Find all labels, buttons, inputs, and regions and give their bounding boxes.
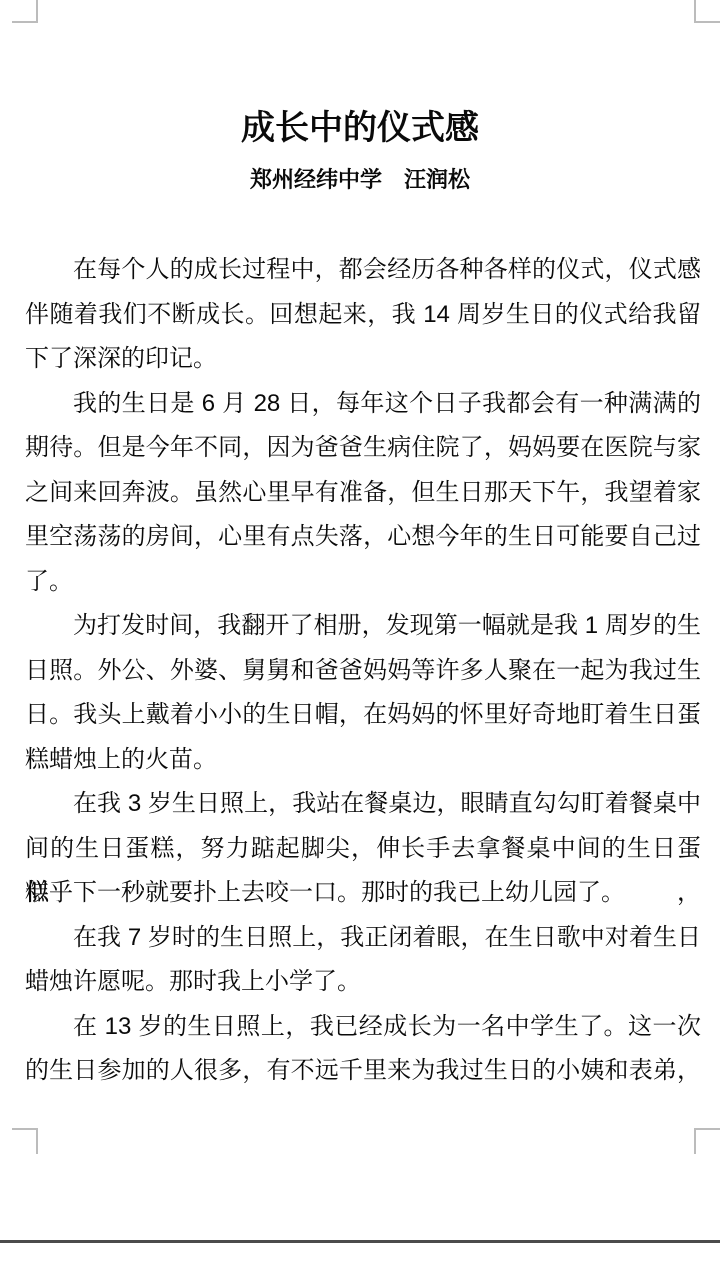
text-line: 为打发时间，我翻开了相册，发现第一幅就是我 1 周岁的生 <box>25 604 701 649</box>
margin-crop-mark-bottom-right <box>694 1128 720 1154</box>
text-line: 在每个人的成长过程中，都会经历各种各样的仪式，仪式感 <box>25 248 701 293</box>
margin-crop-mark-top-right <box>694 0 720 23</box>
paragraph: 在我 7 岁时的生日照上，我正闭着眼，在生日歌中对着生日蜡烛许愿呢。那时我上小学… <box>25 916 701 1005</box>
paragraph: 我的生日是 6 月 28 日，每年这个日子我都会有一种满满的期待。但是今年不同，… <box>25 382 701 605</box>
text-line: 下了深深的印记。 <box>25 337 701 382</box>
text-line: 在 13 岁的生日照上，我已经成长为一名中学生了。这一次 <box>25 1005 701 1050</box>
text-line: 了。 <box>25 560 701 605</box>
text-line: 日。我头上戴着小小的生日帽，在妈妈的怀里好奇地盯着生日蛋 <box>25 693 701 738</box>
document-byline: 郑州经纬中学 汪润松 <box>0 164 720 196</box>
text-line: 里空荡荡的房间，心里有点失落，心想今年的生日可能要自己过 <box>25 515 701 560</box>
document-page: 成长中的仪式感 郑州经纬中学 汪润松 在每个人的成长过程中，都会经历各种各样的仪… <box>0 0 720 1280</box>
paragraph: 在 13 岁的生日照上，我已经成长为一名中学生了。这一次的生日参加的人很多，有不… <box>25 1005 701 1094</box>
text-line: 伴随着我们不断成长。回想起来，我 14 周岁生日的仪式给我留 <box>25 293 701 338</box>
text-line: 之间来回奔波。虽然心里早有准备，但生日那天下午，我望着家 <box>25 471 701 516</box>
text-line: 间的生日蛋糕，努力踮起脚尖，伸长手去拿餐桌中间的生日蛋糕， <box>25 827 701 872</box>
text-line: 我的生日是 6 月 28 日，每年这个日子我都会有一种满满的 <box>25 382 701 427</box>
text-line: 的生日参加的人很多，有不远千里来为我过生日的小姨和表弟， <box>25 1049 701 1094</box>
margin-crop-mark-bottom-left <box>12 1128 38 1154</box>
text-line: 期待。但是今年不同，因为爸爸生病住院了，妈妈要在医院与家 <box>25 426 701 471</box>
text-line: 日照。外公、外婆、舅舅和爸爸妈妈等许多人聚在一起为我过生 <box>25 649 701 694</box>
next-page-top <box>0 1243 720 1280</box>
text-line: 蜡烛许愿呢。那时我上小学了。 <box>25 960 701 1005</box>
text-line: 在我 7 岁时的生日照上，我正闭着眼，在生日歌中对着生日 <box>25 916 701 961</box>
text-line: 糕蜡烛上的火苗。 <box>25 738 701 783</box>
text-line: 在我 3 岁生日照上，我站在餐桌边，眼睛直勾勾盯着餐桌中 <box>25 782 701 827</box>
text-line: 似乎下一秒就要扑上去咬一口。那时的我已上幼儿园了。 <box>25 871 701 916</box>
paragraph: 在我 3 岁生日照上，我站在餐桌边，眼睛直勾勾盯着餐桌中间的生日蛋糕，努力踮起脚… <box>25 782 701 916</box>
document-body: 在每个人的成长过程中，都会经历各种各样的仪式，仪式感伴随着我们不断成长。回想起来… <box>25 248 701 1094</box>
paragraph: 在每个人的成长过程中，都会经历各种各样的仪式，仪式感伴随着我们不断成长。回想起来… <box>25 248 701 382</box>
document-title: 成长中的仪式感 <box>0 106 720 150</box>
paragraph: 为打发时间，我翻开了相册，发现第一幅就是我 1 周岁的生日照。外公、外婆、舅舅和… <box>25 604 701 782</box>
margin-crop-mark-top-left <box>12 0 38 23</box>
